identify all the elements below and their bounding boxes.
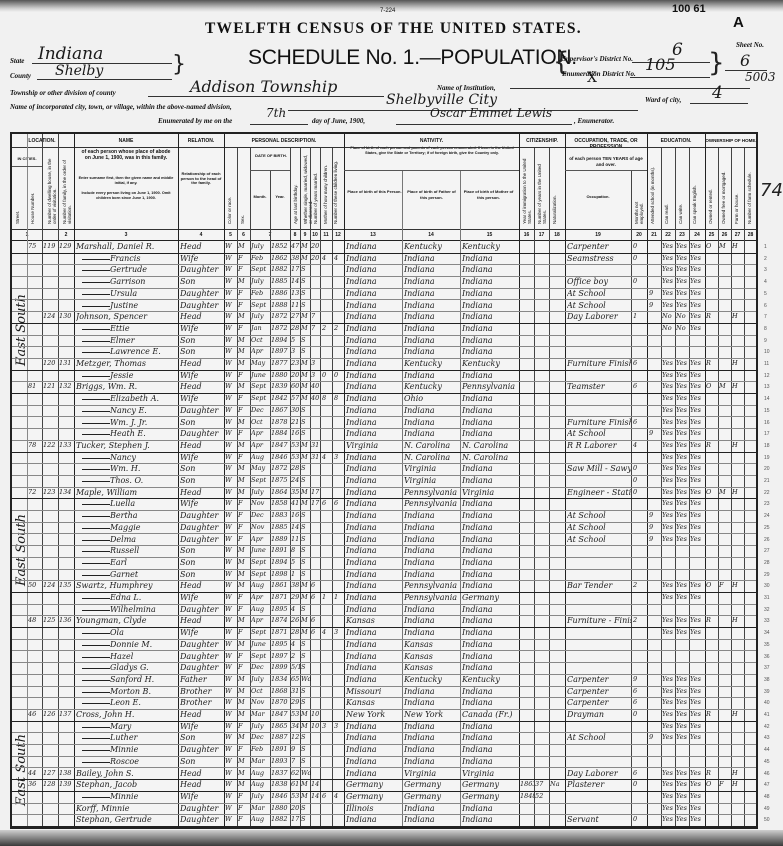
occupation (567, 662, 631, 674)
col-age-label: Age at last birthday. (293, 154, 298, 224)
institution-label: Name of Institution, (437, 84, 496, 92)
ward-label: Ward of city, (645, 96, 681, 104)
immigration-year (520, 744, 534, 756)
person-name: Stephan, Jacob (76, 779, 178, 791)
occupation: Day Laborer (567, 311, 631, 323)
occupation (567, 475, 631, 487)
birthplace: Indiana (346, 592, 402, 604)
can-write: Yes (676, 498, 689, 510)
house-number (28, 498, 42, 510)
age: 27 (291, 311, 301, 323)
sheet-letter: A (733, 14, 744, 31)
birth-year: 1872 (271, 323, 290, 335)
mortgaged (719, 288, 731, 300)
years-in-us (535, 393, 549, 405)
age: 53 (291, 709, 301, 721)
farm-house (732, 651, 744, 663)
house-number (28, 358, 42, 370)
race: W (225, 557, 237, 569)
race: W (225, 639, 237, 651)
father-birthplace: Kentucky (404, 381, 460, 393)
years-in-us (535, 428, 549, 440)
township-label: Township or other division of county (10, 89, 116, 97)
birthplace: Germany (346, 791, 402, 803)
immigration-year (520, 405, 534, 417)
birthplace: Indiana (346, 498, 402, 510)
birth-year: 1847 (271, 709, 290, 721)
years-married (311, 335, 321, 347)
relation: Daughter (180, 510, 224, 522)
immigration-year (520, 475, 534, 487)
owned-rented: O (706, 241, 718, 253)
relation: Head (180, 241, 224, 253)
age: 23 (291, 358, 301, 370)
birthplace: Indiana (346, 662, 402, 674)
relation: Son (180, 545, 224, 557)
mortgaged: F (719, 580, 731, 592)
sex: F (238, 428, 250, 440)
col-race-label: Color or race. (227, 164, 232, 224)
farm-house (732, 662, 744, 674)
can-read: Yes (662, 615, 675, 627)
age: 24 (291, 475, 301, 487)
years-in-us (535, 651, 549, 663)
dwelling-number: 125 (43, 615, 58, 627)
owned-rented: O (706, 487, 718, 499)
ditto-dash (82, 423, 110, 424)
naturalization (550, 498, 564, 510)
ditto-dash (82, 610, 110, 611)
relation: Head (180, 311, 224, 323)
date-of-birth-header: DATE OF BIRTH. (252, 154, 290, 159)
can-write (676, 557, 689, 569)
line-number: 8 (764, 326, 767, 332)
school-months (649, 405, 661, 417)
school-months: 9 (649, 732, 661, 744)
father-birthplace: Kentucky (404, 358, 460, 370)
years-married: 6 (311, 615, 321, 627)
months-unemployed: 0 (633, 475, 647, 487)
family-number (59, 370, 74, 382)
farm-house: H (732, 358, 744, 370)
col-naturalization-label: Naturalization. (552, 154, 557, 224)
family-number (59, 393, 74, 405)
farm-house (732, 569, 744, 581)
marital-status: S (301, 545, 311, 557)
family-number: 134 (59, 487, 74, 499)
birth-year: 1872 (271, 463, 290, 475)
race: W (225, 721, 237, 733)
birth-year: 1877 (271, 358, 290, 370)
family-number (59, 288, 74, 300)
occupation: Furniture - Finisher (567, 615, 631, 627)
father-birthplace: Indiana (404, 686, 460, 698)
age: 53 (291, 452, 301, 464)
months-unemployed (633, 393, 647, 405)
immigration-year (520, 370, 534, 382)
months-unemployed (633, 557, 647, 569)
months-unemployed (633, 534, 647, 546)
birth-month: Feb (251, 253, 270, 265)
mother-birthplace: Indiana (462, 756, 519, 768)
mother-birthplace: Indiana (462, 288, 519, 300)
father-birthplace: Indiana (404, 803, 460, 815)
children-living (334, 639, 344, 651)
birth-year: 1880 (271, 370, 290, 382)
years-in-us (535, 487, 549, 499)
birth-year: 1867 (271, 405, 290, 417)
race: W (225, 300, 237, 312)
children-born (322, 510, 332, 522)
years-married: 6 (311, 627, 321, 639)
sheet-number: 6 (740, 51, 750, 70)
age: 5 (291, 557, 301, 569)
can-write (676, 335, 689, 347)
years-in-us (535, 498, 549, 510)
header-subrule (250, 170, 290, 171)
birth-year: 1837 (271, 768, 290, 780)
father-birthplace: Indiana (404, 545, 460, 557)
months-unemployed (633, 346, 647, 358)
marital-status: M (301, 721, 311, 733)
age: 2 (291, 651, 301, 663)
speaks-english: Yes (690, 370, 705, 382)
farm-house (732, 288, 744, 300)
school-months (649, 627, 661, 639)
sex: M (238, 580, 250, 592)
can-read (662, 744, 675, 756)
immigration-year (520, 615, 534, 627)
family-number (59, 674, 74, 686)
father-birthplace: Indiana (404, 311, 460, 323)
years-in-us (535, 604, 549, 616)
mother-birthplace: Kentucky (462, 241, 519, 253)
speaks-english (690, 756, 705, 768)
ditto-dash (82, 341, 110, 342)
speaks-english: Yes (690, 803, 705, 815)
children-born (322, 674, 332, 686)
page-stamp: 100 61 (672, 3, 706, 15)
can-read (662, 346, 675, 358)
occupation (567, 627, 631, 639)
can-write (676, 651, 689, 663)
colnum-2: 2 (58, 232, 74, 238)
sex: M (238, 241, 250, 253)
relation: Son (180, 475, 224, 487)
family-number (59, 604, 74, 616)
children-born (322, 440, 332, 452)
line-number: 10 (764, 349, 770, 355)
colnum-12: 12 (332, 232, 344, 238)
can-write: Yes (676, 300, 689, 312)
can-read: Yes (662, 721, 675, 733)
race: W (225, 335, 237, 347)
marital-status: M (301, 498, 311, 510)
farm-house (732, 639, 744, 651)
years-in-us (535, 569, 549, 581)
line-number: 23 (764, 501, 770, 507)
relation: Son (180, 463, 224, 475)
months-unemployed (633, 452, 647, 464)
birthplace: Indiana (346, 335, 402, 347)
children-living (334, 487, 344, 499)
line-number: 28 (764, 560, 770, 566)
house-number: 50 (28, 580, 42, 592)
immigration-year (520, 732, 534, 744)
owned-rented: O (706, 381, 718, 393)
marital-status: M (301, 779, 311, 791)
personal-description-header: PERSONAL DESCRIPTION. (224, 138, 344, 144)
speaks-english: Yes (690, 300, 705, 312)
header-subrule (565, 170, 647, 171)
birth-month: June (251, 370, 270, 382)
children-living (334, 604, 344, 616)
children-living (334, 440, 344, 452)
race: W (225, 452, 237, 464)
years-married (311, 604, 321, 616)
colnum-22: 22 (661, 232, 675, 238)
sex: M (238, 686, 250, 698)
relation: Son (180, 732, 224, 744)
naturalization (550, 370, 564, 382)
relation: Daughter (180, 534, 224, 546)
school-months (649, 335, 661, 347)
owned-rented (706, 463, 718, 475)
naturalization (550, 709, 564, 721)
speaks-english: Yes (690, 791, 705, 803)
birthplace: Indiana (346, 393, 402, 405)
house-number (28, 393, 42, 405)
mortgaged (719, 428, 731, 440)
marital-status: M (301, 253, 311, 265)
mother-birthplace: Indiana (462, 300, 519, 312)
dwelling-number (43, 651, 58, 663)
sex: M (238, 674, 250, 686)
speaks-english: Yes (690, 510, 705, 522)
colnum-19: 19 (565, 232, 631, 238)
years-married: 17 (311, 487, 321, 499)
mortgaged (719, 639, 731, 651)
years-married (311, 697, 321, 709)
sex: F (238, 651, 250, 663)
school-months (649, 768, 661, 780)
children-born (322, 417, 332, 429)
state-label: State (10, 57, 24, 65)
speaks-english: Yes (690, 428, 705, 440)
age: 17 (291, 814, 301, 826)
mortgaged (719, 803, 731, 815)
occupation: At School (567, 522, 631, 534)
can-write: Yes (676, 405, 689, 417)
naturalization (550, 639, 564, 651)
mortgaged (719, 417, 731, 429)
owned-rented (706, 651, 718, 663)
months-unemployed: 0 (633, 463, 647, 475)
birth-month: July (251, 721, 270, 733)
years-in-us (535, 452, 549, 464)
age: 5 (291, 335, 301, 347)
mortgaged (719, 756, 731, 768)
can-read: Yes (662, 814, 675, 826)
marital-status: S (301, 803, 311, 815)
immigration-year (520, 323, 534, 335)
age: 12 (291, 732, 301, 744)
farm-house (732, 498, 744, 510)
can-write (676, 662, 689, 674)
mortgaged (719, 604, 731, 616)
age: 8 (291, 545, 301, 557)
years-in-us (535, 300, 549, 312)
months-unemployed: 0 (633, 276, 647, 288)
can-read: No (662, 323, 675, 335)
colnum-25: 25 (705, 232, 718, 238)
farm-house (732, 791, 744, 803)
age: 30 (291, 405, 301, 417)
can-read: Yes (662, 241, 675, 253)
school-months (649, 241, 661, 253)
immigration-year: 1848 (520, 791, 534, 803)
speaks-english: Yes (690, 475, 705, 487)
mortgaged (719, 335, 731, 347)
months-unemployed: 0 (633, 779, 647, 791)
relation: Daughter (180, 405, 224, 417)
can-read: Yes (662, 580, 675, 592)
sex: F (238, 300, 250, 312)
house-number (28, 732, 42, 744)
supervisor-label: Supervisor's District No. (562, 55, 633, 63)
birth-year: 1834 (271, 674, 290, 686)
can-read: Yes (662, 779, 675, 791)
can-write: Yes (676, 475, 689, 487)
occupation (567, 592, 631, 604)
dwelling-number (43, 627, 58, 639)
colnum-9: 9 (300, 232, 310, 238)
years-in-us (535, 510, 549, 522)
immigration-year (520, 814, 534, 826)
farm-house (732, 744, 744, 756)
farm-house: H (732, 768, 744, 780)
years-married: 7 (311, 323, 321, 335)
mother-birthplace: Indiana (462, 557, 519, 569)
naturalization (550, 534, 564, 546)
house-number (28, 276, 42, 288)
mortgaged: M (719, 241, 731, 253)
relation: Wife (180, 253, 224, 265)
line-number: 15 (764, 408, 770, 414)
marital-status: S (301, 534, 311, 546)
can-write: Yes (676, 732, 689, 744)
birth-year: 1842 (271, 393, 290, 405)
owned-rented (706, 569, 718, 581)
col-years-married-label: Number of years married. (313, 154, 318, 224)
birthplace: Indiana (346, 732, 402, 744)
name-note-2: Include every person living on June 1, 1… (78, 191, 174, 200)
ditto-dash (82, 668, 110, 669)
years-married: 17 (311, 498, 321, 510)
years-married (311, 534, 321, 546)
dwelling-number (43, 744, 58, 756)
can-write: Yes (676, 510, 689, 522)
immigration-year (520, 721, 534, 733)
header-subrule (344, 170, 519, 171)
years-married (311, 463, 321, 475)
birth-month: Oct (251, 335, 270, 347)
house-number (28, 463, 42, 475)
birth-month: Dec (251, 662, 270, 674)
can-read (662, 639, 675, 651)
marital-status: M (301, 627, 311, 639)
mother-birthplace: Indiana (462, 803, 519, 815)
birthplace: Indiana (346, 627, 402, 639)
sex: F (238, 522, 250, 534)
race: W (225, 803, 237, 815)
speaks-english: Yes (690, 253, 705, 265)
line-number: 40 (764, 700, 770, 706)
marital-status: S (301, 288, 311, 300)
house-number (28, 662, 42, 674)
father-birthplace: Kentucky (404, 674, 460, 686)
can-write: Yes (676, 288, 689, 300)
can-write: Yes (676, 393, 689, 405)
dwelling-number (43, 346, 58, 358)
can-read: Yes (662, 370, 675, 382)
age: 28 (291, 627, 301, 639)
years-in-us (535, 686, 549, 698)
ditto-dash (82, 282, 110, 283)
sex: M (238, 335, 250, 347)
school-months (649, 639, 661, 651)
years-in-us (535, 405, 549, 417)
birth-month: Mar (251, 756, 270, 768)
farm-house (732, 756, 744, 768)
school-months (649, 346, 661, 358)
sex: F (238, 510, 250, 522)
house-number (28, 557, 42, 569)
naturalization (550, 721, 564, 733)
sex: F (238, 288, 250, 300)
owned-rented (706, 300, 718, 312)
years-married (311, 674, 321, 686)
children-born (322, 311, 332, 323)
colnum-10: 10 (310, 232, 320, 238)
birthplace: Indiana (346, 241, 402, 253)
birth-month: Feb (251, 288, 270, 300)
mortgaged (719, 311, 731, 323)
owned-rented (706, 264, 718, 276)
father-birthplace: Kentucky (404, 241, 460, 253)
school-months (649, 475, 661, 487)
occupation: Engineer - Stationary (567, 487, 631, 499)
family-number (59, 721, 74, 733)
speaks-english: Yes (690, 721, 705, 733)
ditto-dash (82, 399, 110, 400)
birth-month: Mar (251, 709, 270, 721)
birth-month: Apr (251, 534, 270, 546)
years-married: 3 (311, 370, 321, 382)
birth-month: Mar (251, 803, 270, 815)
house-number (28, 475, 42, 487)
line-number: 47 (764, 782, 770, 788)
col-immigration-label: Year of immigration to the United States… (522, 154, 532, 224)
children-born (322, 756, 332, 768)
sex: M (238, 358, 250, 370)
years-in-us (535, 534, 549, 546)
birthplace: Indiana (346, 428, 402, 440)
mother-birthplace: Indiana (462, 580, 519, 592)
naturalization (550, 545, 564, 557)
occupation: Plasterer (567, 779, 631, 791)
line-number: 19 (764, 455, 770, 461)
